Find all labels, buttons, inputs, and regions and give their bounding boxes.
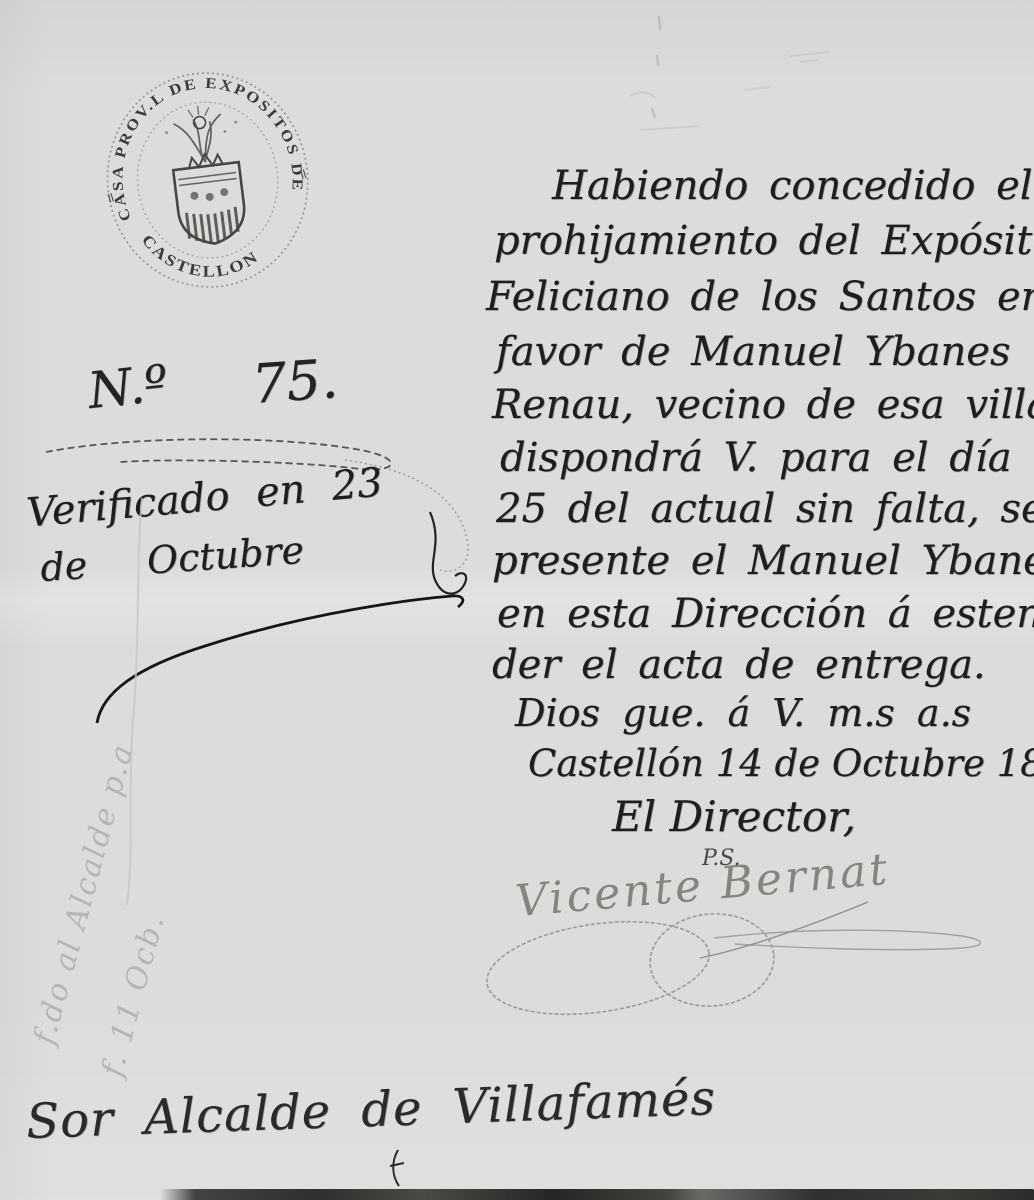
flourishes-overlay [0,0,1034,1200]
flourish-annotation-tail [430,512,466,594]
stray-stroke-bottom [390,1150,404,1186]
scanned-letter-page: CASA PROV.L DE EXPOSITOS DE CASTELLON = … [0,0,1034,1200]
scan-edge-marks [630,16,830,130]
flourish-long-curve [97,596,463,723]
signature-rubric [481,902,980,1027]
crease-line [127,498,142,905]
flourish-under-number [46,439,468,571]
scanner-edge-band [160,1189,1034,1200]
